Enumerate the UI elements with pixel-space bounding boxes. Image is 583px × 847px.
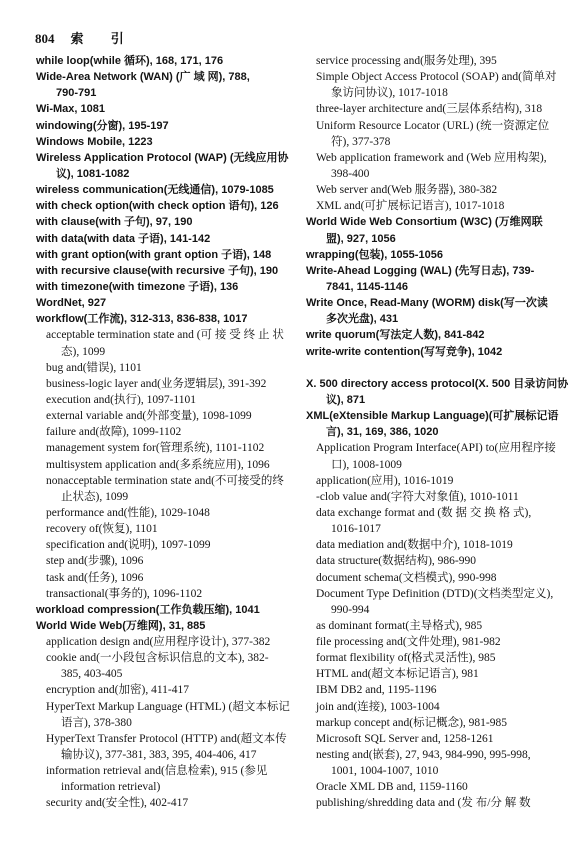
index-entry-line: XML and(可扩展标记语言), 1017-1018 [316,198,580,214]
index-entry-line: HyperText Transfer Protocol (HTTP) and(超… [46,731,302,747]
index-entry-line: -clob value and(字符大对象值), 1010-1011 [316,489,580,505]
index-entry-line: with data(with data 子语), 141-142 [36,231,302,247]
index-entry-line: Oracle XML DB and, 1159-1160 [316,779,580,795]
page-header: 804索 引 [22,12,124,30]
index-entry-line: performance and(性能), 1029-1048 [46,505,302,521]
index-entry-line: multisystem application and(多系统应用), 1096 [46,457,302,473]
index-entry-line: X. 500 directory access protocol(X. 500 … [306,376,580,392]
index-entry-line: join and(连接), 1003-1004 [316,699,580,715]
page-number: 804 [35,31,55,46]
index-entry-line: 议), 1081-1082 [56,166,302,182]
index-entry-line: Uniform Resource Locator (URL) (统一资源定位 [316,118,580,134]
index-entry-line: file processing and(文件处理), 981-982 [316,634,580,650]
index-entry-line: Document Type Definition (DTD)(文档类型定义), [316,586,580,602]
index-entry-line: Write-Ahead Logging (WAL) (先写日志), 739- [306,263,580,279]
index-entry-line: HTML and(超文本标记语言), 981 [316,666,580,682]
index-entry-line: data exchange format and (数 据 交 换 格 式), [316,505,580,521]
index-entry-line: application(应用), 1016-1019 [316,473,580,489]
index-entry-line: workflow(工作流), 312-313, 836-838, 1017 [36,311,302,327]
index-entry-line: publishing/shredding data and (发 布/分 解 数 [316,795,580,811]
index-entry-line: format flexibility of(格式灵活性), 985 [316,650,580,666]
index-entry-line: HyperText Markup Language (HTML) (超文本标记 [46,699,302,715]
index-entry-line: 象访问协议), 1017-1018 [331,85,580,101]
index-entry-line: World Wide Web Consortium (W3C) (万维网联 [306,214,580,230]
index-entry-line: with recursive clause(with recursive 子句)… [36,263,302,279]
index-page: 804索 引 while loop(while 循环), 168, 171, 1… [0,0,583,847]
index-entry-line: Write Once, Read-Many (WORM) disk(写一次读 [306,295,580,311]
index-entry-line: 790-791 [56,85,302,101]
index-entry-line: 语言), 378-380 [61,715,302,731]
index-entry-line: Simple Object Access Protocol (SOAP) and… [316,69,580,85]
index-entry-line: IBM DB2 and, 1195-1196 [316,682,580,698]
index-entry-line: transactional(事务的), 1096-1102 [46,586,302,602]
index-entry-line: management system for(管理系统), 1101-1102 [46,440,302,456]
index-entry-line: Web server and(Web 服务器), 380-382 [316,182,580,198]
index-entry-line: execution and(执行), 1097-1101 [46,392,302,408]
index-entry-line: cookie and(一小段包含标识信息的文本), 382- [46,650,302,666]
index-entry-line: application design and(应用程序设计), 377-382 [46,634,302,650]
index-entry-line: acceptable termination state and (可 接 受 … [46,327,302,343]
index-entry-line: Application Program Interface(API) to(应用… [316,440,580,456]
index-entry-line: windowing(分窗), 195-197 [36,118,302,134]
index-entry-line: data mediation and(数据中介), 1018-1019 [316,537,580,553]
index-entry-line: World Wide Web(万维网), 31, 885 [36,618,302,634]
index-entry-line: 990-994 [331,602,580,618]
index-entry-line: nonacceptable termination state and(不可接受… [46,473,302,489]
index-entry-line: workload compression(工作负载压缩), 1041 [36,602,302,618]
blank-line [306,360,580,376]
index-entry-line: Wireless Application Protocol (WAP) (无线应… [36,150,302,166]
index-entry-line: failure and(故障), 1099-1102 [46,424,302,440]
index-entry-line: XML(eXtensible Markup Language)(可扩展标记语 [306,408,580,424]
index-entry-line: 398-400 [331,166,580,182]
index-entry-line: wireless communication(无线通信), 1079-1085 [36,182,302,198]
page-title: 索 引 [71,31,124,46]
index-entry-line: recovery of(恢复), 1101 [46,521,302,537]
index-entry-line: 1001, 1004-1007, 1010 [331,763,580,779]
index-entry-line: 态), 1099 [61,344,302,360]
index-entry-line: with clause(with 子句), 97, 190 [36,214,302,230]
index-entry-line: write quorum(写法定人数), 841-842 [306,327,580,343]
index-entry-line: data structure(数据结构), 986-990 [316,553,580,569]
index-entry-line: Wi-Max, 1081 [36,101,302,117]
index-entry-line: specification and(说明), 1097-1099 [46,537,302,553]
index-entry-line: bug and(错误), 1101 [46,360,302,376]
index-entry-line: Windows Mobile, 1223 [36,134,302,150]
index-entry-line: external variable and(外部变量), 1098-1099 [46,408,302,424]
index-entry-line: document schema(文档模式), 990-998 [316,570,580,586]
index-entry-line: 385, 403-405 [61,666,302,682]
index-entry-line: 言), 31, 169, 386, 1020 [326,424,580,440]
index-entry-line: Wide-Area Network (WAN) (广 域 网), 788, [36,69,302,85]
index-entry-line: encryption and(加密), 411-417 [46,682,302,698]
index-entry-line: markup concept and(标记概念), 981-985 [316,715,580,731]
index-entry-line: 7841, 1145-1146 [326,279,580,295]
index-entry-line: WordNet, 927 [36,295,302,311]
index-entry-line: information retrieval and(信息检索), 915 (参见 [46,763,302,779]
index-entry-line: task and(任务), 1096 [46,570,302,586]
index-entry-line: 口), 1008-1009 [331,457,580,473]
index-entry-line: three-layer architecture and(三层体系结构), 31… [316,101,580,117]
index-entry-line: business-logic layer and(业务逻辑层), 391-392 [46,376,302,392]
index-entry-line: 止状态), 1099 [61,489,302,505]
index-entry-line: write-write contention(写写竞争), 1042 [306,344,580,360]
index-entry-line: wrapping(包装), 1055-1056 [306,247,580,263]
index-entry-line: Microsoft SQL Server and, 1258-1261 [316,731,580,747]
index-entry-line: with check option(with check option 语句),… [36,198,302,214]
index-entry-line: 议), 871 [326,392,580,408]
index-entry-line: information retrieval) [61,779,302,795]
index-entry-line: Web application framework and (Web 应用构架)… [316,150,580,166]
index-entry-line: 1016-1017 [331,521,580,537]
index-entry-line: as dominant format(主导格式), 985 [316,618,580,634]
index-column-left: while loop(while 循环), 168, 171, 176Wide-… [36,53,302,828]
index-entry-line: security and(安全性), 402-417 [46,795,302,811]
index-entry-line: 输协议), 377-381, 383, 395, 404-406, 417 [61,747,302,763]
index-entry-line: 符), 377-378 [331,134,580,150]
index-entry-line: while loop(while 循环), 168, 171, 176 [36,53,302,69]
index-entry-line: with grant option(with grant option 子语),… [36,247,302,263]
index-column-right: service processing and(服务处理), 395Simple … [306,53,580,828]
index-entry-line: step and(步骤), 1096 [46,553,302,569]
index-entry-line: 盟), 927, 1056 [326,231,580,247]
index-entry-line: nesting and(嵌套), 27, 943, 984-990, 995-9… [316,747,580,763]
index-entry-line: with timezone(with timezone 子语), 136 [36,279,302,295]
index-entry-line: service processing and(服务处理), 395 [316,53,580,69]
index-entry-line: 多次光盘), 431 [326,311,580,327]
